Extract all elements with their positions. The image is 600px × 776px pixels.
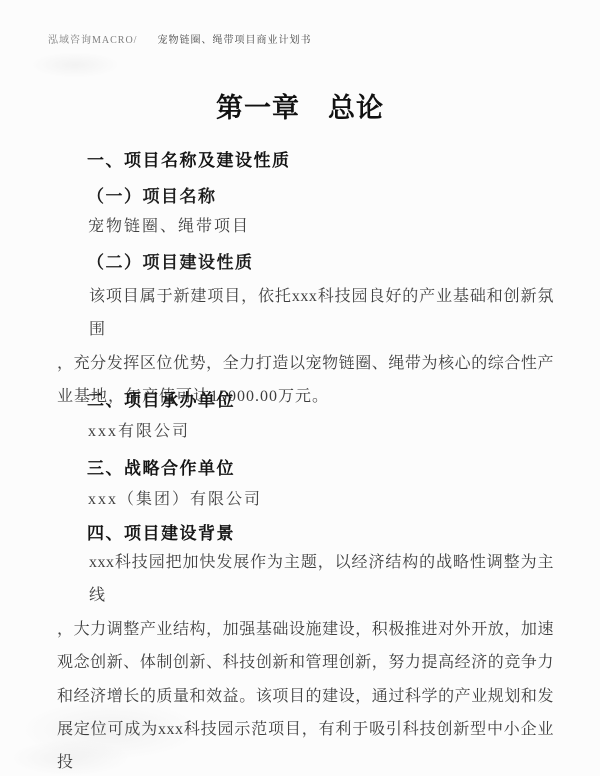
strategic-partner-text: xxx（集团）有限公司 [88, 486, 262, 509]
undertaking-unit-text: xxx有限公司 [88, 418, 190, 441]
paragraph-line: 观念创新、体制创新、科技创新和管理创新，努力提高经济的竞争力 [57, 646, 554, 679]
paragraph-project-background: xxx科技园把加快发展作为主题，以经济结构的战略性调整为主线 ，大力调整产业结构… [57, 546, 554, 776]
paragraph-line: 该项目属于新建项目，依托xxx科技园良好的产业基础和创新氛围 [57, 280, 554, 347]
chapter-heading: 第一章 总论 [0, 86, 600, 125]
paragraph-line: xxx科技园把加快发展作为主题，以经济结构的战略性调整为主线 [57, 546, 554, 613]
document-page: 泓域咨询MACRO/宠物链圈、绳带项目商业计划书 第一章 总论 一、项目名称及建… [0, 0, 600, 776]
section-heading-project-background: 四、项目建设背景 [87, 519, 235, 544]
paragraph-line: ，大力调整产业结构，加强基础设施建设，积极推进对外开放，加速 [57, 613, 554, 646]
paragraph-line: 和经济增长的质量和效益。该项目的建设，通过科学的产业规划和发 [57, 680, 554, 713]
subheading-project-name: （一）项目名称 [87, 182, 217, 207]
section-heading-undertaking-unit: 二、项目承办单位 [87, 386, 235, 411]
document-title: 宠物链圈、绳带项目商业计划书 [157, 35, 311, 46]
brand-watermark: 泓域咨询MACRO/ [48, 35, 137, 46]
page-header: 泓域咨询MACRO/宠物链圈、绳带项目商业计划书 [48, 31, 311, 46]
scan-smudge [30, 52, 120, 78]
paragraph-line: 展定位可成为xxx科技园示范项目，有利于吸引科技创新型中小企业投 [57, 713, 554, 776]
project-name-text: 宠物链圈、绳带项目 [88, 213, 250, 236]
paragraph-line: ，充分发挥区位优势，全力打造以宠物链圈、绳带为核心的综合性产 [57, 347, 554, 380]
section-heading-strategic-partner: 三、战略合作单位 [87, 454, 235, 479]
subheading-construction-nature: （二）项目建设性质 [87, 248, 254, 273]
section-heading-project-name-and-nature: 一、项目名称及建设性质 [87, 146, 291, 171]
